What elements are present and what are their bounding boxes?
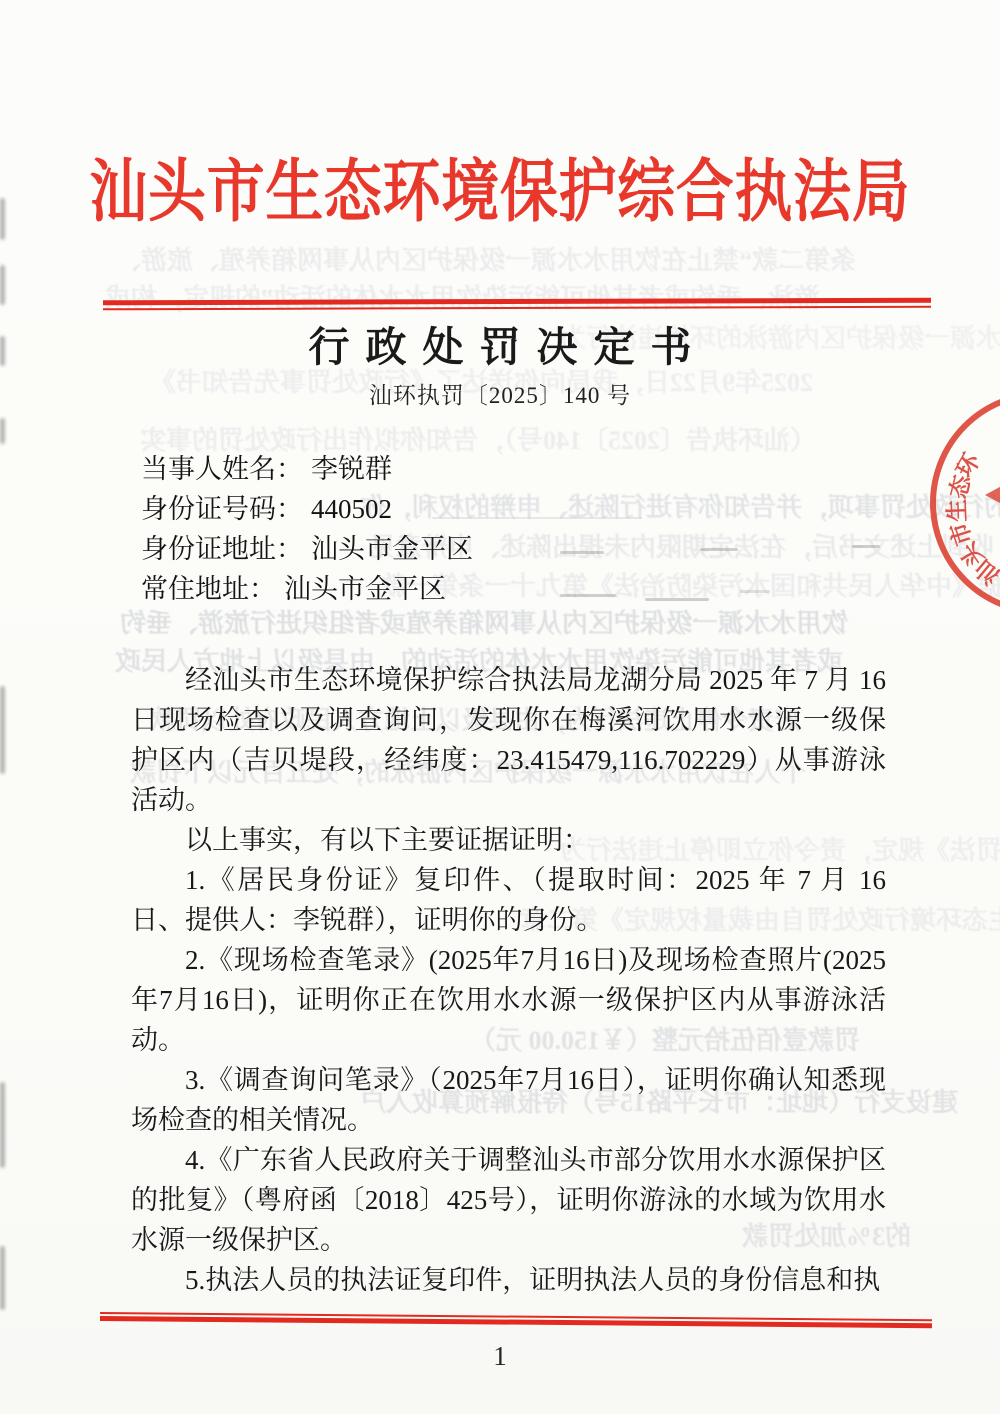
evidence-item: 4.《广东省人民政府关于调整汕头市部分饮用水水源保护区的批复》（粤府函〔2018… — [131, 1140, 886, 1260]
seal-star-icon — [985, 483, 1000, 507]
scan-edge-artifact — [0, 198, 5, 240]
scan-edge-artifact — [0, 686, 5, 774]
party-residence-label: 常住地址： — [141, 574, 276, 604]
official-seal: 环 态 生 市 头 汕 — [930, 391, 1000, 631]
footer-double-rule — [100, 1312, 932, 1328]
party-id-address-value: 汕头市金平区 — [311, 534, 473, 564]
party-name-value: 李锐群 — [311, 454, 392, 484]
party-info: 当事人姓名：李锐群 身份证号码：440502 身份证地址：汕头市金平区 常住地址… — [141, 449, 473, 609]
party-name-row: 当事人姓名：李锐群 — [141, 449, 473, 489]
redaction-smudge — [560, 551, 604, 554]
document-number: 汕环执罚〔2025〕140 号 — [0, 377, 1000, 410]
party-name-label: 当事人姓名： — [141, 454, 303, 484]
party-id-address-label: 身份证地址： — [141, 534, 303, 564]
document-title: 行政处罚决定书 — [0, 314, 1000, 373]
redaction-smudge — [700, 548, 738, 551]
showthrough-line: 条第二款“禁止在饮用水水源一级保护区内从事网箱养殖、旅游、 — [115, 240, 856, 277]
evidence-item: 3.《调查询问笔录》（2025年7月16日），证明你确认知悉现场检查的相关情况。 — [131, 1060, 886, 1140]
redaction-smudge — [432, 517, 642, 519]
scanned-penalty-decision-page: 条第二款“禁止在饮用水水源一级保护区内从事网箱养殖、旅游、 游泳、垂钓或者其他可… — [0, 0, 1000, 1414]
scan-edge-artifact — [0, 336, 5, 366]
page-number: 1 — [0, 1341, 1000, 1372]
party-residence-value: 汕头市金平区 — [284, 574, 446, 604]
decision-body: 经汕头市生态环境保护综合执法局龙湖分局 2025 年 7 月 16 日现场检查以… — [131, 660, 886, 1300]
evidence-intro: 以上事实，有以下主要证据证明： — [131, 820, 886, 860]
scan-edge-artifact — [0, 418, 5, 444]
party-id-row: 身份证号码：440502 — [141, 489, 473, 529]
evidence-item: 2.《现场检查笔录》(2025年7月16日)及现场检查照片(2025年7月16日… — [131, 940, 886, 1060]
evidence-item: 5.执法人员的执法证复印件，证明执法人员的身份信息和执 — [131, 1260, 886, 1300]
scan-edge-artifact — [0, 265, 5, 305]
redaction-smudge — [560, 594, 616, 597]
party-residence-row: 常住地址：汕头市金平区 — [141, 569, 473, 609]
redaction-smudge — [645, 598, 709, 601]
document-title-text: 行政处罚决定书 — [309, 324, 708, 370]
party-id-value: 440502 — [311, 494, 392, 524]
body-paragraph-findings: 经汕头市生态环境保护综合执法局龙湖分局 2025 年 7 月 16 日现场检查以… — [131, 660, 886, 820]
redaction-smudge — [740, 590, 770, 593]
party-id-label: 身份证号码： — [141, 494, 303, 524]
scan-edge-artifact — [0, 1246, 5, 1310]
evidence-item: 1.《居民身份证》复印件、（提取时间：2025 年 7 月 16 日、提供人：李… — [131, 860, 886, 940]
scan-edge-artifact — [0, 1082, 5, 1168]
redaction-smudge — [852, 545, 880, 548]
letterhead-org-name: 汕头市生态环境保护综合执法局 — [75, 138, 925, 235]
party-id-address-row: 身份证地址：汕头市金平区 — [141, 529, 473, 569]
